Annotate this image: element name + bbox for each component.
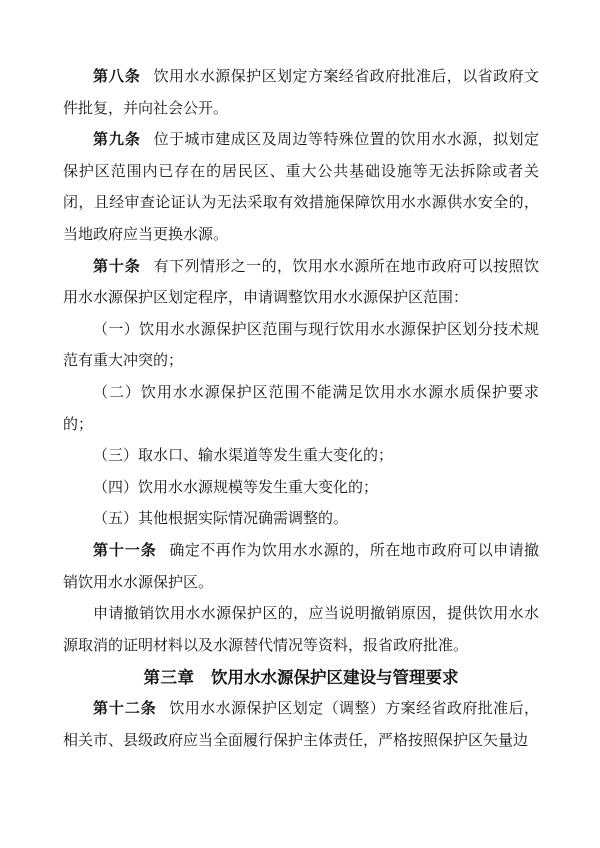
article-number: 第十条 (93, 259, 141, 275)
paragraph: （一）饮用水水源保护区范围与现行饮用水水源保护区划分技术规范有重大冲突的； (63, 315, 539, 378)
paragraph: （五）其他根据实际情况确需调整的。 (63, 504, 539, 536)
article-number: 第十二条 (93, 701, 157, 717)
document-page: 第八条饮用水水源保护区划定方案经省政府批准后，以省政府文件批复，并向社会公开。第… (0, 0, 600, 848)
paragraph: 第十条有下列情形之一的，饮用水水源所在地市政府可以按照饮用水水源保护区划定程序，… (63, 252, 539, 315)
article-number: 第九条 (93, 132, 141, 148)
article-number: 第十一条 (93, 543, 157, 559)
chapter-number: 第三章 (144, 668, 195, 687)
document-content: 第八条饮用水水源保护区划定方案经省政府批准后，以省政府文件批复，并向社会公开。第… (0, 0, 600, 757)
paragraph: 第八条饮用水水源保护区划定方案经省政府批准后，以省政府文件批复，并向社会公开。 (63, 62, 539, 125)
chapter-heading: 第三章饮用水水源保护区建设与管理要求 (63, 662, 539, 694)
article-number: 第八条 (93, 69, 141, 85)
paragraph: （四）饮用水水源规模等发生重大变化的； (63, 473, 539, 505)
paragraph: 第十一条确定不再作为饮用水水源的，所在地市政府可以申请撤销饮用水水源保护区。 (63, 536, 539, 599)
paragraph: 申请撤销饮用水水源保护区的，应当说明撤销原因，提供饮用水水源取消的证明材料以及水… (63, 599, 539, 662)
paragraph: 第九条位于城市建成区及周边等特殊位置的饮用水水源，拟划定保护区范围内已存在的居民… (63, 125, 539, 251)
paragraph: （二）饮用水水源保护区范围不能满足饮用水水源水质保护要求的； (63, 378, 539, 441)
paragraph: 第十二条饮用水水源保护区划定（调整）方案经省政府批准后，相关市、县级政府应当全面… (63, 694, 539, 757)
paragraph: （三）取水口、输水渠道等发生重大变化的； (63, 441, 539, 473)
